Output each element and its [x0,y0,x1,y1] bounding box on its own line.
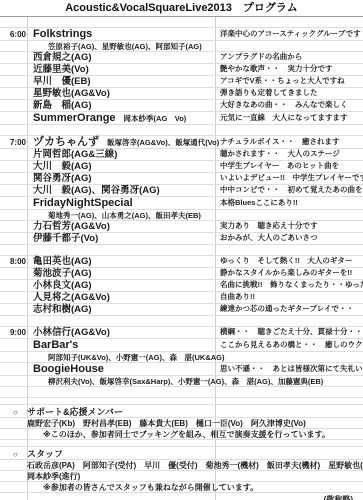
act-name: 亀田英也(AG) [33,256,92,267]
section-text: 石政岳彦(PA) 阿部知子(受付) 早川 優(受付) 菊池秀一(機材) 飯田孝夫… [0,461,363,470]
act-name: 伊藤千都子(Vo) [33,233,98,244]
section-label: 石政岳彦(PA) 阿部知子(受付) 早川 優(受付) 菊池秀一(機材) 飯田孝夫… [27,461,363,470]
program-row: 柳沢利夫(Vo)、飯塚啓幸(Sax&Harp)、小野憲一(AG)、森 湛(AG)… [0,376,363,387]
act-cell: 大川 毅(AG)、関谷勇冴(AG) [27,186,215,196]
section-text: (敬称略) [0,495,363,500]
program-row: 小林良文(AG)名曲に挑戦!! 飾りなくまったり・・ゆったりと・・ [0,280,363,292]
act-name: 星野敏也(AG&Vo) [33,88,110,99]
spacer-row [0,17,363,28]
act-cell: 早川 優(EB) [27,77,215,87]
program-row: SummerOrange岡本紗季(AG Vo)元気に一直線 大人になってますます [0,112,363,125]
act-cell: 柳沢利夫(Vo)、飯塚啓幸(Sax&Harp)、小野憲一(AG)、森 湛(AG)… [27,378,215,386]
act-name: BoogieHouse [33,363,104,375]
comment-cell: 聴かされます・・ 大人のステージ [215,150,363,159]
act-name: 新島 稲(AG) [33,100,92,111]
section-text: 岡本紗季(進行) [0,472,363,481]
comment-cell: おかみが、大人のごあいさつ [215,234,363,243]
act-members-inline: 飯塚啓幸(AG&Vo)、飯塚通代(Vo) [107,138,219,147]
spacer-row [0,245,363,256]
act-cell: 菊池波子(AG) [27,269,215,279]
act-cell: 力石哲芳(AG&Vo) [27,222,215,232]
program-row: ○サポート&応援メンバー [0,405,363,418]
time-cell: 8:00 [0,258,27,267]
program-row: ※このほか、参加者同士でブッキングを組み、相互で演奏支援を行っています。 [0,429,363,440]
act-cell: 菊地秀一(AG)、山本勇之(AG)、飯田孝夫(EB) [27,212,215,220]
section-text: ○サポート&応援メンバー [0,407,363,417]
comment-cell: アコギでV系・・ちょっと大人ですね [215,77,363,86]
comment-cell: ここから見えるあの橋と・・ 癒しのウクレレで [215,341,363,351]
comment-cell: 思い不遜・・ あとは皆様次第にて失礼いたします [215,365,363,375]
comment-cell: ナチュラルボイス・・ 癒されます [215,138,363,148]
program-row: 片岡哲郎(AG&三線)聴かされます・・ 大人のステージ [0,149,363,161]
section-text: 鹿野宏子(Kb) 野村昌孝(EB) 藤本貴大(EB) 樋口一臣(Vo) 阿久津博… [0,419,363,428]
section-label: ※このほか、参加者同士でブッキングを組み、相互で演奏支援を行っています。 [43,430,330,439]
program-document: Acoustic&VocalSquareLive2013 プログラム 6:00F… [0,0,363,500]
program-row: 星野敏也(AG&Vo)弾き語りも定着してきました [0,88,363,100]
program-row: 菊地秀一(AG)、山本勇之(AG)、飯田孝夫(EB) [0,210,363,221]
program-row: 近藤里美(Vo)艶やかな歌声・・ 実力十分です [0,64,363,76]
spacer-row [0,398,363,405]
spacer-row [0,440,363,447]
act-cell: 西倉規之(AG) [27,53,215,63]
comment-cell: ゆっくり そして熱く!! 大人のギター [215,257,363,266]
program-row: 石政岳彦(PA) 阿部知子(受付) 早川 優(受付) 菊池秀一(機材) 飯田孝夫… [0,460,363,471]
comment-cell: 名曲に挑戦!! 飾りなくまったり・・ゆったりと・・ [215,281,363,290]
program-row: 菊池波子(AG)静かなスタイルから楽しみのギターを!! [0,268,363,280]
act-name: 片岡哲郎(AG&三線) [33,149,117,160]
section-label: 鹿野宏子(Kb) 野村昌孝(EB) 藤本貴大(EB) 樋口一臣(Vo) 阿久津博… [27,419,306,428]
program-row: 鹿野宏子(Kb) 野村昌孝(EB) 藤本貴大(EB) 樋口一臣(Vo) 阿久津博… [0,418,363,429]
comment-cell: 横綱・・ 聴きごたえ十分、貫禄十分・・ [215,328,363,337]
act-cell: 人見将之(AG&Vo) [27,293,215,303]
program-row: 岡本紗季(進行) [0,471,363,482]
act-name: Folkstrings [33,28,92,40]
program-row: BarBar'sここから見えるあの橋と・・ 癒しのウクレレで [0,339,363,352]
act-name: SummerOrange [33,112,116,124]
act-name: 小林良文(AG) [33,280,92,291]
program-row: 新島 稲(AG)大好きなあの曲・・ みんなで楽しく [0,100,363,112]
act-cell: BarBar's [27,339,215,351]
comment-cell: 練達かつ芯の通ったギタープレイで・・ [215,305,363,314]
section-label: サポート&応援メンバー [27,407,123,417]
section-label: 岡本紗季(進行) [27,472,80,481]
program-row: ※参加者の皆さんでスタッフも兼ねながら開催しています。 [0,482,363,493]
spacer-row [0,316,363,327]
program-row: 6:00Folkstrings洋楽中心のアコースティックグループです [0,28,363,41]
time-cell: 7:00 [0,139,27,148]
act-name: 力石哲芳(AG&Vo) [33,221,110,232]
program-row: 志村和樹(AG)練達かつ芯の通ったギタープレイで・・ [0,304,363,316]
act-cell: 近藤里美(Vo) [27,65,215,75]
act-cell: 星野敏也(AG&Vo) [27,89,215,99]
act-cell: SummerOrange岡本紗季(AG Vo) [27,112,215,124]
comment-cell: 弾き語りも定着してきました [215,89,363,98]
program-row: FridayNightSpecial本格Bluesここにあり!! [0,197,363,210]
act-name: 菊地秀一(AG)、山本勇之(AG)、飯田孝夫(EB) [48,211,201,220]
program-table: 6:00Folkstrings洋楽中心のアコースティックグループです笠原裕子(A… [0,17,363,500]
act-cell: 笠原裕子(AG)、星野敏也(AG)、阿部知子(AG) [27,43,215,51]
comment-cell: 元気に一直線 大人になってますます [215,114,363,124]
spacer-row [0,125,363,136]
program-row: 人見将之(AG&Vo)自曲あり!! [0,292,363,304]
time-cell: 9:00 [0,329,27,338]
program-row: 伊藤千都子(Vo)おかみが、大人のごあいさつ [0,233,363,245]
program-row: 力石哲芳(AG&Vo)実力あり 聴き応え十分です [0,221,363,233]
act-cell: 志村和樹(AG) [27,305,215,315]
comment-cell: いよいよデビュー!! 中学生プレイヤーです [215,174,363,183]
act-cell: BoogieHouse [27,363,215,375]
act-cell: 伊藤千都子(Vo) [27,234,215,244]
act-name: 阿部知子(UK&Vo)、小野憲一(AG)、森 湛(UK&AG) [48,353,225,362]
comment-cell: アンプラグドの名曲から [215,53,363,62]
program-row: 9:00小林信行(AG&Vo)横綱・・ 聴きごたえ十分、貫禄十分・・ [0,327,363,339]
act-name: 小林信行(AG&Vo) [33,327,110,338]
act-cell: FridayNightSpecial [27,197,215,209]
comment-cell: 本格Bluesここにあり!! [215,199,363,209]
act-name: 大川 毅(AG) [33,161,92,172]
act-name: 笠原裕子(AG)、星野敏也(AG)、阿部知子(AG) [48,42,202,51]
act-cell: 小林信行(AG&Vo) [27,328,215,338]
program-row: 関谷勇冴(AG)いよいよデビュー!! 中学生プレイヤーです [0,173,363,185]
comment-cell: 中中コンビで・・ 初めて覚えたあの曲を [215,186,363,195]
act-name: ヅカちゃんず [33,136,99,148]
page-title: Acoustic&VocalSquareLive2013 プログラム [0,0,363,17]
program-row: 西倉規之(AG)アンプラグドの名曲から [0,52,363,64]
program-row: 笠原裕子(AG)、星野敏也(AG)、阿部知子(AG) [0,41,363,52]
bullet-mark: ○ [13,450,27,459]
act-cell: 亀田英也(AG) [27,257,215,267]
section-label: (敬称略) [324,495,353,500]
section-label: スタッフ [27,449,63,459]
program-row: 阿部知子(UK&Vo)、小野憲一(AG)、森 湛(UK&AG) [0,352,363,363]
program-row: ○スタッフ [0,447,363,460]
comment-cell: 洋楽中心のアコースティックグループです [215,30,363,40]
section-text: ○スタッフ [0,449,363,459]
act-cell: Folkstrings [27,28,215,40]
act-cell: 片岡哲郎(AG&三線) [27,150,215,160]
act-members-inline: 岡本紗季(AG Vo) [124,114,187,123]
act-name: 近藤里美(Vo) [33,64,89,75]
program-row: 大川 毅(AG)、関谷勇冴(AG)中中コンビで・・ 初めて覚えたあの曲を [0,185,363,197]
section-text: ※参加者の皆さんでスタッフも兼ねながら開催しています。 [0,483,363,492]
act-cell: 関谷勇冴(AG) [27,174,215,184]
comment-cell: 静かなスタイルから楽しみのギターを!! [215,269,363,278]
program-row: 8:00亀田英也(AG)ゆっくり そして熱く!! 大人のギター [0,256,363,268]
section-text: ※このほか、参加者同士でブッキングを組み、相互で演奏支援を行っています。 [0,430,363,439]
act-name: 人見将之(AG&Vo) [33,292,110,303]
bullet-mark: ○ [13,408,27,417]
program-row: 大川 毅(AG)中学生プレイヤー あのヒット曲を [0,161,363,173]
act-name: 柳沢利夫(Vo)、飯塚啓幸(Sax&Harp)、小野憲一(AG)、森 湛(AG)… [48,377,323,386]
act-name: 菊池波子(AG) [33,268,92,279]
comment-cell: 実力あり 聴き応え十分です [215,222,363,231]
act-name: FridayNightSpecial [33,197,133,209]
comment-cell: 自曲あり!! [215,293,363,302]
act-name: 志村和樹(AG) [33,304,92,315]
act-name: BarBar's [33,339,78,351]
act-cell: 小林良文(AG) [27,281,215,291]
comment-cell: 中学生プレイヤー あのヒット曲を [215,162,363,171]
act-name: 早川 優(EB) [33,76,91,87]
program-row: BoogieHouse思い不遜・・ あとは皆様次第にて失礼いたします [0,363,363,376]
act-name: 大川 毅(AG)、関谷勇冴(AG) [33,185,160,196]
act-cell: 新島 稲(AG) [27,101,215,111]
act-cell: ヅカちゃんず飯塚啓幸(AG&Vo)、飯塚通代(Vo) [27,136,215,148]
spacer-row [0,387,363,398]
program-row: 7:00ヅカちゃんず飯塚啓幸(AG&Vo)、飯塚通代(Vo)ナチュラルボイス・・… [0,136,363,149]
act-cell: 大川 毅(AG) [27,162,215,172]
comment-cell: 大好きなあの曲・・ みんなで楽しく [215,101,363,110]
comment-cell: 艶やかな歌声・・ 実力十分です [215,65,363,74]
act-name: 関谷勇冴(AG) [33,173,92,184]
program-row: (敬称略) [0,493,363,500]
act-name: 西倉規之(AG) [33,52,92,63]
act-cell: 阿部知子(UK&Vo)、小野憲一(AG)、森 湛(UK&AG) [27,354,215,362]
program-row: 早川 優(EB)アコギでV系・・ちょっと大人ですね [0,76,363,88]
section-label: ※参加者の皆さんでスタッフも兼ねながら開催しています。 [43,483,258,492]
time-cell: 6:00 [0,31,27,40]
